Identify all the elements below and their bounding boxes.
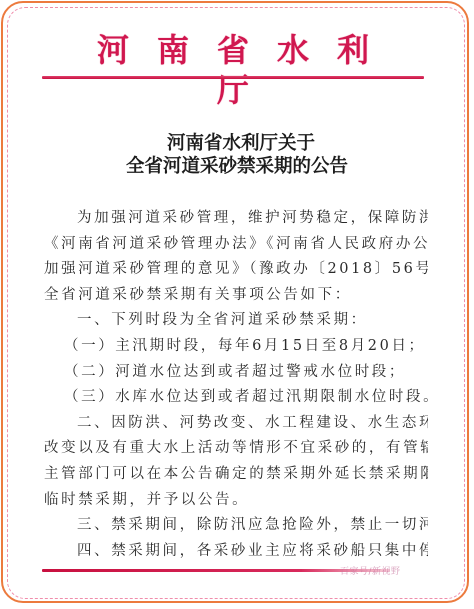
letterhead-red-rule xyxy=(42,76,424,79)
document-body: 为加强河道采砂管理，维护河势稳定，保障防洪安全，根据 《河南省河道采砂管理办法》… xyxy=(44,206,428,564)
body-section-1-item-3: （三）水库水位达到或者超过汛期限制水位时段。 xyxy=(44,385,428,411)
footer-red-rule xyxy=(42,569,302,572)
document-title-line-2: 全省河道采砂禁采期的公告 xyxy=(0,156,474,178)
body-section-2-line-3: 主管部门可以在本公告确定的禁采期外延长禁采期限或者规定 xyxy=(44,462,428,488)
body-paragraph-intro-line-1: 为加强河道采砂管理，维护河势稳定，保障防洪安全，根据 xyxy=(44,206,428,232)
body-section-2-line-1: 二、因防洪、河势改变、水工程建设、水生态环境遭受严重 xyxy=(44,411,428,437)
body-paragraph-intro-line-2: 《河南省河道采砂管理办法》《河南省人民政府办公厅关于进一步 xyxy=(44,232,428,258)
document-title-line-1: 河南省水利厅关于 xyxy=(0,133,474,155)
body-section-1-item-2: （二）河道水位达到或者超过警戒水位时段； xyxy=(44,360,428,386)
body-section-1-heading: 一、下列时段为全省河道采砂禁采期： xyxy=(44,308,428,334)
body-paragraph-intro-line-3: 加强河道采砂管理的意见》（豫政办〔2018〕56号）等规定，现就 xyxy=(44,257,428,283)
body-section-2-line-2: 改变以及有重大水上活动等情形不宜采砂的，有管辖权的水行政 xyxy=(44,436,428,462)
watermark-text: 百家号/新视野 xyxy=(340,564,401,577)
body-section-3-line-1: 三、禁采期间，除防汛应急抢险外，禁止一切河道采砂活动。 xyxy=(44,513,428,539)
body-section-1-item-1: （一）主汛期时段，每年6月15日至8月20日； xyxy=(44,334,428,360)
body-section-4-line-1: 四、禁采期间，各采砂业主应将采砂船只集中停靠，采砂机 xyxy=(44,539,428,565)
letterhead-org-name: 河南省水利厅 xyxy=(42,30,424,110)
body-section-2-line-4: 临时禁采期，并予以公告。 xyxy=(44,488,428,514)
body-paragraph-intro-line-4: 全省河道采砂禁采期有关事项公告如下： xyxy=(44,283,428,309)
